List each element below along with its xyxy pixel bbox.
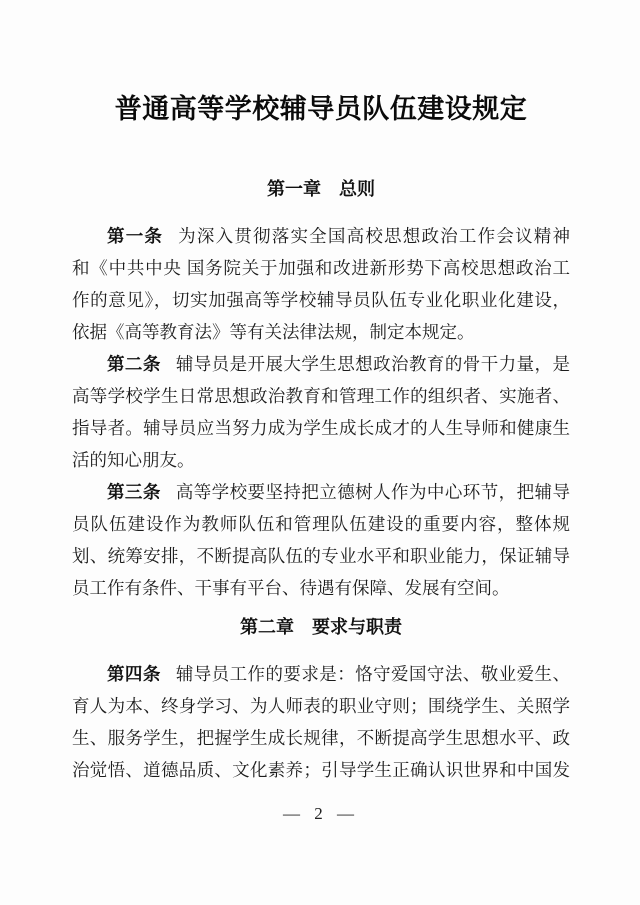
article-1-line-2: 和《中共中央 国务院关于加强和改进新形势下高校思想政治工: [72, 252, 570, 284]
page-number: — 2 —: [72, 802, 570, 826]
article-3-line-1: 第三条高等学校要坚持把立德树人作为中心环节，把辅导: [72, 476, 570, 508]
article-1-line-3: 作的意见》，切实加强高等学校辅导员队伍专业化职业化建设，: [72, 284, 570, 316]
article-1: 第一条为深入贯彻落实全国高校思想政治工作会议精神 和《中共中央 国务院关于加强和…: [72, 220, 570, 348]
article-2: 第二条辅导员是开展大学生思想政治教育的骨干力量，是 高等学校学生日常思想政治教育…: [72, 348, 570, 476]
article-3-line-3: 划、统筹安排，不断提高队伍的专业水平和职业能力，保证辅导: [72, 540, 570, 572]
article-2-line-2: 高等学校学生日常思想政治教育和管理工作的组织者、实施者、: [72, 380, 570, 412]
article-3-number: 第三条: [107, 482, 161, 502]
article-2-number: 第二条: [107, 354, 161, 374]
article-1-line-4: 依据《高等教育法》等有关法律法规，制定本规定。: [72, 316, 570, 348]
article-4-number: 第四条: [107, 664, 161, 684]
chapter-2-heading: 第二章 要求与职责: [72, 614, 570, 640]
article-4: 第四条辅导员工作的要求是：恪守爱国守法、敬业爱生、 育人为本、终身学习、为人师表…: [72, 658, 570, 786]
article-3: 第三条高等学校要坚持把立德树人作为中心环节，把辅导 员队伍建设作为教师队伍和管理…: [72, 476, 570, 604]
document-title: 普通高等学校辅导员队伍建设规定: [72, 92, 570, 126]
article-1-number: 第一条: [107, 226, 163, 246]
article-4-line-1-text: 辅导员工作的要求是：恪守爱国守法、敬业爱生、: [176, 664, 570, 684]
article-1-line-1-text: 为深入贯彻落实全国高校思想政治工作会议精神: [178, 226, 570, 246]
article-2-line-1-text: 辅导员是开展大学生思想政治教育的骨干力量，是: [176, 354, 570, 374]
article-1-line-1: 第一条为深入贯彻落实全国高校思想政治工作会议精神: [72, 220, 570, 252]
article-4-line-1: 第四条辅导员工作的要求是：恪守爱国守法、敬业爱生、: [72, 658, 570, 690]
document-page: 普通高等学校辅导员队伍建设规定 第一章 总则 第一条为深入贯彻落实全国高校思想政…: [0, 0, 640, 905]
chapter-1-heading: 第一章 总则: [72, 176, 570, 202]
article-3-line-1-text: 高等学校要坚持把立德树人作为中心环节，把辅导: [176, 482, 570, 502]
article-3-line-4: 员工作有条件、干事有平台、待遇有保障、发展有空间。: [72, 572, 570, 604]
article-4-line-4: 治觉悟、道德品质、文化素养；引导学生正确认识世界和中国发: [72, 754, 570, 786]
article-2-line-3: 指导者。辅导员应当努力成为学生成长成才的人生导师和健康生: [72, 412, 570, 444]
article-2-line-4: 活的知心朋友。: [72, 444, 570, 476]
article-4-line-3: 生、服务学生，把握学生成长规律，不断提高学生思想水平、政: [72, 722, 570, 754]
article-4-line-2: 育人为本、终身学习、为人师表的职业守则；围绕学生、关照学: [72, 690, 570, 722]
article-2-line-1: 第二条辅导员是开展大学生思想政治教育的骨干力量，是: [72, 348, 570, 380]
article-3-line-2: 员队伍建设作为教师队伍和管理队伍建设的重要内容，整体规: [72, 508, 570, 540]
